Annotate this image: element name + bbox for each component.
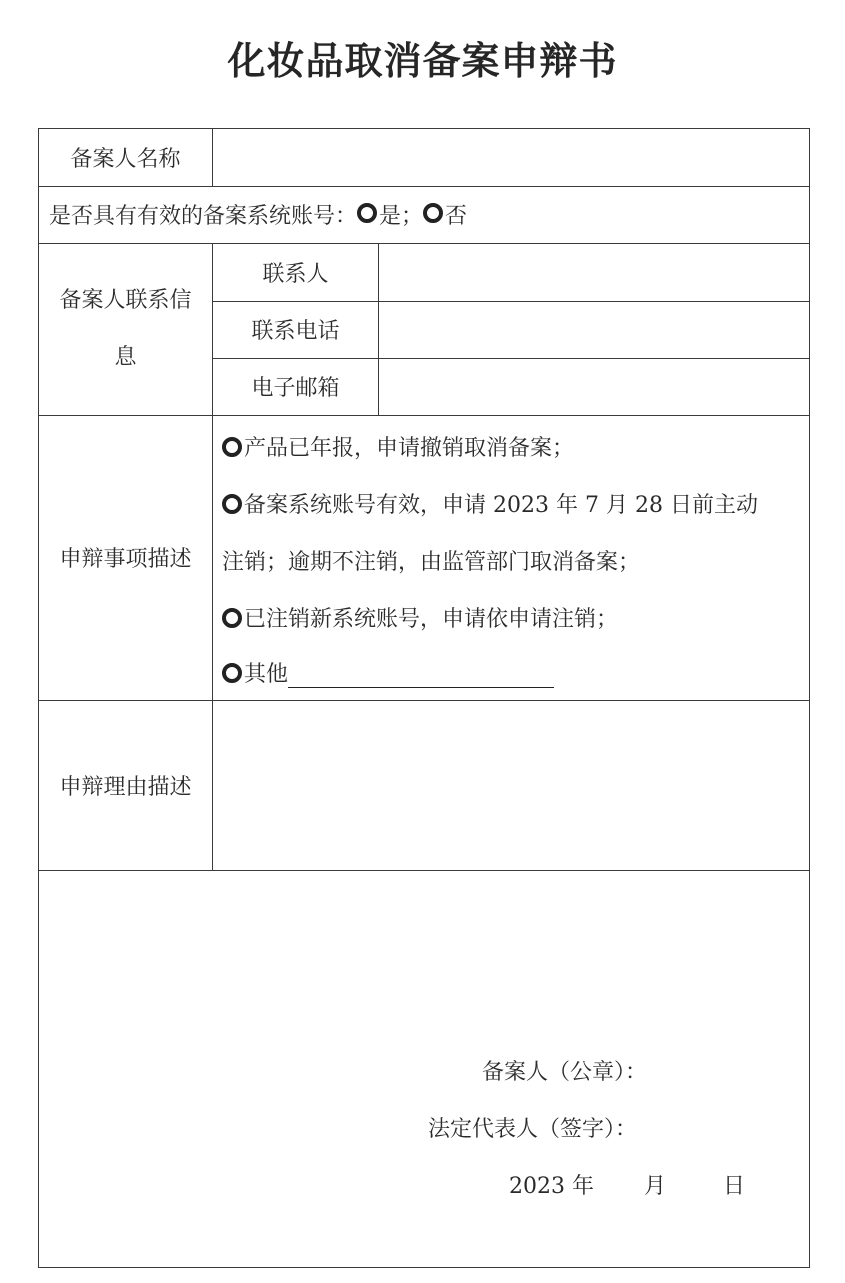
email-label: 电子邮箱 xyxy=(213,358,378,415)
reason-field[interactable] xyxy=(213,700,809,870)
matter-option-4-radio[interactable] xyxy=(222,663,242,683)
matter-option-2: 备案系统账号有效，申请 2023 年 7 月 28 日前主动 xyxy=(222,488,758,519)
matter-option-1: 产品已年报，申请撤销取消备案； xyxy=(222,431,574,462)
radio-no[interactable] xyxy=(423,203,443,223)
matter-option-2-label: 备案系统账号有效，申请 2023 年 7 月 28 日前主动 xyxy=(244,493,758,518)
radio-no-label: 否 xyxy=(445,199,467,230)
date-year: 2023 年 xyxy=(509,1169,594,1200)
matter-label: 申辩事项描述 xyxy=(39,415,212,700)
filer-seal-label: 备案人（公章）： xyxy=(482,1055,647,1086)
account-question-label: 是否具有有效的备案系统账号： xyxy=(49,199,357,230)
matter-option-1-label: 产品已年报，申请撤销取消备案； xyxy=(244,436,574,461)
other-blank-field[interactable] xyxy=(288,667,554,688)
matter-option-3: 已注销新系统账号，申请依申请注销； xyxy=(222,602,618,633)
radio-yes[interactable] xyxy=(357,203,377,223)
filer-name-label: 备案人名称 xyxy=(39,129,212,186)
account-question-row: 是否具有有效的备案系统账号： 是； 否 xyxy=(39,186,809,243)
matter-option-2-radio[interactable] xyxy=(222,494,242,514)
contact-group-label: 备案人联系信 息 xyxy=(39,243,212,415)
matter-option-1-radio[interactable] xyxy=(222,437,242,457)
date-day: 日 xyxy=(723,1169,745,1200)
matter-option-4-label: 其他 xyxy=(244,662,288,687)
legal-rep-label: 法定代表人（签字）： xyxy=(428,1112,637,1143)
contact-person-label: 联系人 xyxy=(213,243,378,301)
contact-group-label-line2: 息 xyxy=(114,329,136,386)
contact-phone-label: 联系电话 xyxy=(213,301,378,358)
page-title: 化妆品取消备案申辩书 xyxy=(0,30,845,85)
contact-phone-field[interactable] xyxy=(379,301,809,358)
divider xyxy=(39,870,809,871)
date-month: 月 xyxy=(644,1169,666,1200)
matter-option-3-label: 已注销新系统账号，申请依申请注销； xyxy=(244,607,618,632)
contact-person-field[interactable] xyxy=(379,243,809,301)
reason-label: 申辩理由描述 xyxy=(39,700,212,870)
contact-group-label-line1: 备案人联系信 xyxy=(59,272,191,329)
filer-name-field[interactable] xyxy=(213,129,809,186)
matter-option-3-radio[interactable] xyxy=(222,608,242,628)
matter-option-4: 其他 xyxy=(222,657,554,688)
application-form-table: 备案人名称 是否具有有效的备案系统账号： 是； 否 备案人联系信 息 联系人 联… xyxy=(38,128,810,1268)
email-field[interactable] xyxy=(379,358,809,415)
radio-yes-label: 是； xyxy=(379,199,423,230)
matter-option-2-continuation: 注销；逾期不注销，由监管部门取消备案； xyxy=(222,545,640,576)
